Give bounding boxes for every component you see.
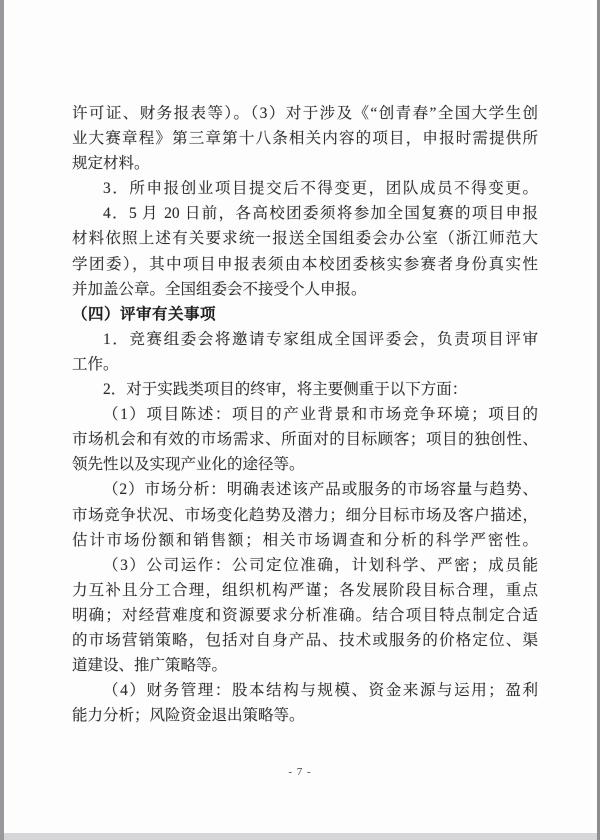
text-line: 领先性以及实现产业化的途径等。 <box>72 452 538 477</box>
text-line: 估计市场份额和销售额；相关市场调查和分析的科学严密性。 <box>72 528 538 553</box>
text-line: 市场竞争状况、市场变化趋势及潜力；细分目标市场及客户描述， <box>72 503 538 528</box>
text-line: 力互补且分工合理，组织机构严谨；各发展阶段目标合理，重点 <box>72 578 538 603</box>
page-left-edge <box>0 0 4 840</box>
page-bottom-edge <box>0 833 600 840</box>
text-line: 4．5 月 20 日前，各高校团委须将参加全国复赛的项目申报 <box>72 201 538 226</box>
text-line: 业大赛章程》第三章第十八条相关内容的项目，申报时需提供所 <box>72 126 538 151</box>
document-body: 许可证、财务报表等）。（3）对于涉及《“创青春”全国大学生创业大赛章程》第三章第… <box>72 101 538 728</box>
page-number: - 7 - <box>0 766 600 778</box>
text-line: 1．竞赛组委会将邀请专家组成全国评委会，负责项目评审 <box>72 327 538 352</box>
text-line: （1）项目陈述：项目的产业背景和市场竞争环境；项目的 <box>72 402 538 427</box>
text-line: （2）市场分析：明确表述该产品或服务的市场容量与趋势、 <box>72 477 538 502</box>
text-line: 明确；对经营难度和资源要求分析准确。结合项目特点制定合适 <box>72 603 538 628</box>
text-line: 许可证、财务报表等）。（3）对于涉及《“创青春”全国大学生创 <box>72 101 538 126</box>
text-line: 市场机会和有效的市场需求、所面对的目标顾客；项目的独创性、 <box>72 427 538 452</box>
text-line: 规定材料。 <box>72 151 538 176</box>
text-line: （4）财务管理：股本结构与规模、资金来源与运用；盈利 <box>72 678 538 703</box>
text-line: 材料依照上述有关要求统一报送全国组委会办公室（浙江师范大 <box>72 226 538 251</box>
text-line: 并加盖公章。全国组委会不接受个人申报。 <box>72 277 538 302</box>
text-line: 3．所申报创业项目提交后不得变更，团队成员不得变更。 <box>72 176 538 201</box>
text-line: （3）公司运作：公司定位准确，计划科学、严密；成员能 <box>72 553 538 578</box>
text-line: 学团委），其中项目申报表须由本校团委核实参赛者身份真实性 <box>72 252 538 277</box>
document-page: 许可证、财务报表等）。（3）对于涉及《“创青春”全国大学生创业大赛章程》第三章第… <box>0 0 600 840</box>
text-line: 道建设、推广策略等。 <box>72 653 538 678</box>
text-line: 能力分析；风险资金退出策略等。 <box>72 703 538 728</box>
text-line: 2．对于实践类项目的终审，将主要侧重于以下方面： <box>72 377 538 402</box>
text-line: 的市场营销策略，包括对自身产品、技术或服务的价格定位、渠 <box>72 628 538 653</box>
text-line: 工作。 <box>72 352 538 377</box>
section-heading: （四）评审有关事项 <box>72 302 538 327</box>
